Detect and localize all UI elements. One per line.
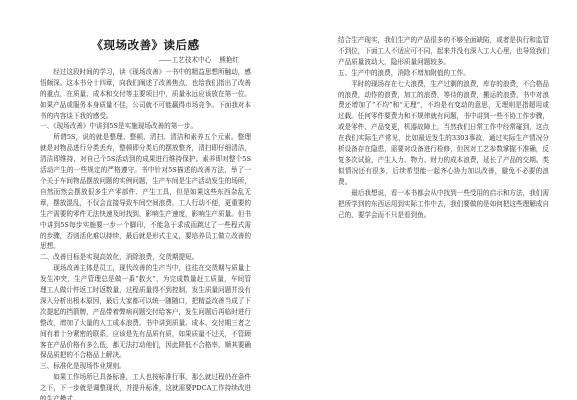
byline: ——工艺技术中心熊艳红: [40, 55, 251, 66]
page-left-content: 《现场改善》读后感 ——工艺技术中心熊艳红 经过这段时间的学习，读《现场改善》一…: [40, 38, 251, 400]
intro-paragraph: 经过这段时间的学习，读《现场改善》一书中的精益思想所触动，感悟颇深。这本书分十四…: [40, 67, 251, 122]
section-2-paragraph: 现场改善主体是员工，现代改善的生产当中，往往在交货期与质量上发生冲突，生产管理总…: [40, 263, 251, 361]
section-heading-2: 二、改善目标是实现高效化，消除浪费，交货期提短。: [40, 252, 251, 263]
section-5-paragraph: 平时的现场存在七大浪费，生产过剩的浪费，库存的浪费，不合格品的浪费，动作的浪费，…: [338, 79, 549, 188]
page-right-content: 结合生产现实，我们生产的产品很多的不够全面缺陷，或者是执行和监管不到位，下面工人…: [338, 35, 549, 220]
byline-author: 熊艳红: [219, 56, 239, 64]
document-title: 《现场改善》读后感: [40, 38, 251, 52]
document-page-left: 《现场改善》读后感 ——工艺技术中心熊艳红 经过这段时间的学习，读《现场改善》一…: [0, 0, 288, 400]
document-page-right: 结合生产现实，我们生产的产品很多的不够全面缺陷，或者是执行和监管不到位，下面工人…: [288, 0, 577, 400]
section-3-paragraph: 如果工作场所已具备标准，工人也按标准行事，那么就过程仍在条件之下，下一步就是调整…: [40, 372, 251, 400]
section-heading-1: 一、《现场改善》中讲到5S是实施现场改善的第一步。: [40, 121, 251, 132]
byline-department: ——工艺技术中心: [158, 56, 211, 64]
section-heading-5: 五、生产中的浪费，消除不增加附值的工作。: [338, 68, 549, 79]
conclusion-paragraph: 最后我想说，看一本书都会从中找到一些受用的启示和方法，我们需把所学到的东西运用到…: [338, 188, 549, 221]
continued-paragraph: 结合生产现实，我们生产的产品很多的不够全面缺陷，或者是执行和监管不到位，下面工人…: [338, 35, 549, 68]
section-heading-3: 三、标准化是现场作业规则。: [40, 361, 251, 372]
section-1-paragraph: 所谓5S，说的就是整理、整顿、清扫、清洁和素养五个元素。整理就是对物品进行分类丢…: [40, 132, 251, 252]
